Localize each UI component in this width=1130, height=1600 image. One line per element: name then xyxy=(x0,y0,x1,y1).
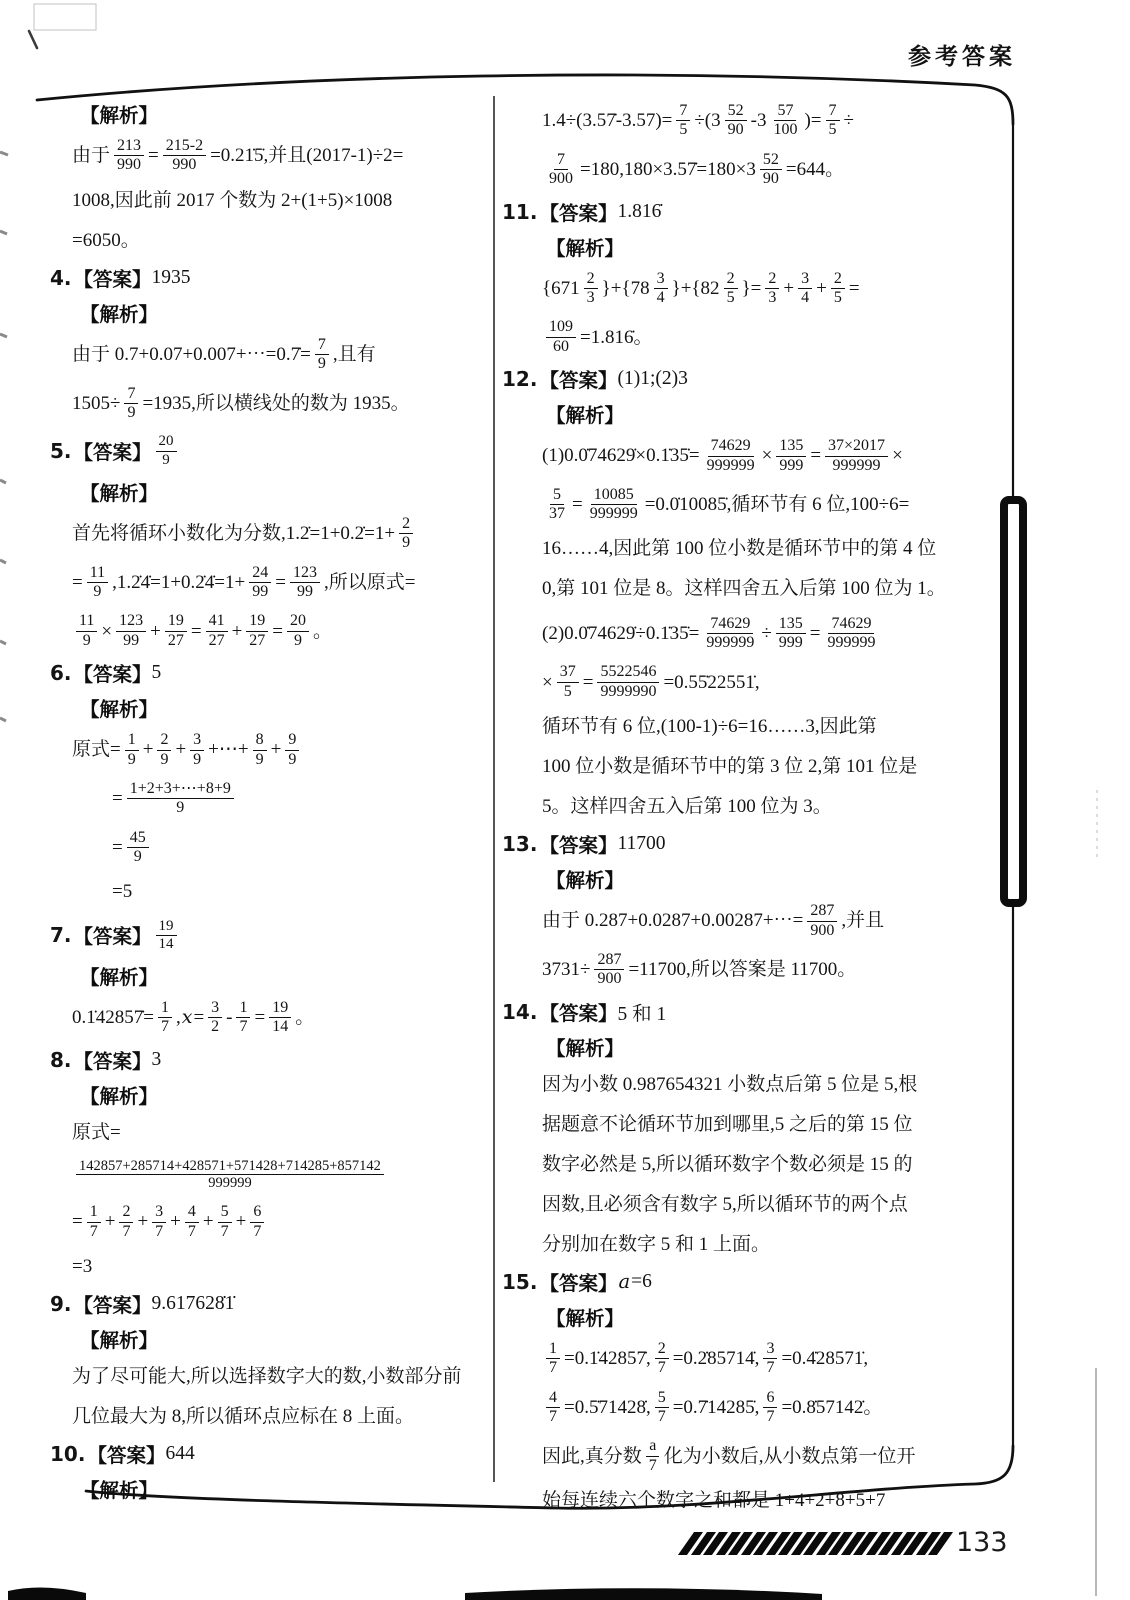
math-text: =1.816̇。 xyxy=(580,323,652,352)
math-text: = xyxy=(583,668,594,697)
answer-label: 【答案】 xyxy=(74,1046,152,1074)
solution-label-row: 【解析】 xyxy=(80,100,486,128)
fraction: 213990 xyxy=(114,137,144,175)
fraction: 209 xyxy=(156,433,177,469)
answer-label: 【答案】 xyxy=(87,1440,165,1468)
answer-label: 【答案】 xyxy=(539,830,617,858)
answer-row: 11.【答案】1.816̇ xyxy=(502,198,998,226)
math-text: × xyxy=(762,441,773,470)
solution-label-row: 【解析】 xyxy=(80,1475,486,1503)
fraction: 2499 xyxy=(249,564,271,602)
math-text: -3 xyxy=(751,106,767,135)
answer-row: 13.【答案】11700 xyxy=(502,830,998,858)
fraction: 34 xyxy=(654,270,668,308)
solution-label: 【解析】 xyxy=(546,404,624,427)
math-text: 由于 xyxy=(72,141,110,170)
fraction: 57 xyxy=(218,1203,232,1241)
math-text: 1008,因此前 2017 个数为 2+(1+5)×1008 xyxy=(72,186,392,215)
math-text: = xyxy=(148,141,159,170)
math-text: 据题意不论循环节加到哪里,5 之后的第 15 位 xyxy=(542,1110,913,1139)
solution-math-line: 据题意不论循环节加到哪里,5 之后的第 15 位 xyxy=(542,1108,998,1141)
fraction: 79 xyxy=(315,336,329,374)
fraction: 5290 xyxy=(725,102,747,140)
solution-label: 【解析】 xyxy=(80,1085,158,1108)
solution-math-line: 循环节有 6 位,(100-1)÷6=16……3,因此第 xyxy=(542,710,998,743)
solution-math-line: 100 位小数是循环节中的第 3 位 2,第 101 位是 xyxy=(542,750,998,783)
solution-label-row: 【解析】 xyxy=(80,694,486,722)
answer-label: 【答案】 xyxy=(74,659,152,687)
solution-math-line: 142857+285714+428571+571428+714285+85714… xyxy=(72,1156,486,1194)
item-number: 6. xyxy=(50,661,72,685)
fraction: 25 xyxy=(831,270,845,308)
math-text: 几位最大为 8,所以循环点应标在 8 上面。 xyxy=(72,1402,414,1431)
fraction: 4127 xyxy=(206,612,228,650)
fraction: 142857+285714+428571+571428+714285+85714… xyxy=(76,1158,384,1192)
answer-row: 6.【答案】5 xyxy=(50,659,486,687)
fraction: 1914 xyxy=(269,999,291,1037)
math-text: (1)1;(2)3 xyxy=(617,368,687,390)
math-text: =0.1̇42857̇, xyxy=(564,1344,651,1373)
math-text: 1.816̇ xyxy=(617,201,661,223)
fraction: 27 xyxy=(119,1203,133,1241)
math-text: = xyxy=(572,490,583,519)
math-text: = xyxy=(810,441,821,470)
solution-label: 【解析】 xyxy=(546,1307,624,1330)
math-text: 原式= xyxy=(72,1118,121,1147)
math-text: =0.0̇10085̇,循环节有 6 位,100÷6= xyxy=(645,490,910,519)
item-number: 9. xyxy=(50,1292,72,1316)
math-text: }+{82 xyxy=(672,274,720,303)
solution-math-line: =17+27+37+47+57+67 xyxy=(72,1201,486,1243)
solution-label-row: 【解析】 xyxy=(546,1033,998,1061)
answer-label: 【答案】 xyxy=(539,998,617,1026)
fraction: 119 xyxy=(87,564,108,602)
math-text: 1.4÷(3.57̇-3.57)= xyxy=(542,106,672,135)
math-text: + xyxy=(170,1207,181,1236)
fraction: 27 xyxy=(655,1340,669,1378)
math-text: × xyxy=(892,441,903,470)
item-number: 13. xyxy=(502,832,537,856)
fraction: a7 xyxy=(646,1437,660,1475)
solution-math-line: 因数,且必须含有数字 5,所以循环节的两个点 xyxy=(542,1188,998,1221)
solution-label-row: 【解析】 xyxy=(80,962,486,990)
fraction: 74629999999 xyxy=(703,615,757,653)
math-text: }= xyxy=(742,274,762,303)
fraction: 25 xyxy=(724,270,738,308)
fraction: 12399 xyxy=(116,612,146,650)
math-text: 由于 0.7+0.07+0.007+⋯=0.7̇= xyxy=(72,340,311,369)
math-text: =0.8̇57142̇。 xyxy=(781,1393,882,1422)
solution-math-line: 16……4,因此第 100 位小数是循环节中的第 4 位 xyxy=(542,533,998,566)
fraction: 119 xyxy=(76,612,97,650)
math-text: =1935,所以横线处的数为 1935。 xyxy=(142,389,409,418)
solution-label: 【解析】 xyxy=(80,966,158,989)
fraction: 57100 xyxy=(770,102,800,140)
item-number: 4. xyxy=(50,266,72,290)
math-variable: x xyxy=(182,1003,193,1032)
solution-math-line: 119×12399+1927=4127+1927=209。 xyxy=(72,610,486,652)
fraction: 5290 xyxy=(760,151,782,189)
math-text: + xyxy=(143,735,154,764)
fraction: 1927 xyxy=(246,612,268,650)
math-text: =0.4̇28571̇, xyxy=(781,1344,868,1373)
scan-mark xyxy=(29,31,37,48)
fraction: 287900 xyxy=(594,951,624,989)
math-text: 5。这样四舍五入后第 100 位为 3。 xyxy=(542,792,832,821)
math-text: ÷ xyxy=(844,106,854,135)
math-text: =5 xyxy=(112,877,132,906)
solution-math-line: 1008,因此前 2017 个数为 2+(1+5)×1008 xyxy=(72,184,486,217)
answer-label: 【答案】 xyxy=(539,365,617,393)
scan-smudge xyxy=(34,4,96,30)
math-text: =0.5̇71428̇, xyxy=(564,1393,651,1422)
solution-label-row: 【解析】 xyxy=(546,400,998,428)
answer-label: 【答案】 xyxy=(74,437,152,465)
fraction: 209 xyxy=(287,612,309,650)
fraction: 17 xyxy=(87,1203,101,1241)
math-text: = xyxy=(112,784,123,813)
answers-column-right: 1.4÷(3.57̇-3.57)=75÷(35290-357100)=75÷79… xyxy=(502,100,998,1524)
math-text: + xyxy=(783,274,794,303)
math-text: =0.7̇14285̇, xyxy=(673,1393,760,1422)
math-text: 3731÷ xyxy=(542,955,590,984)
fraction: 29 xyxy=(399,515,413,553)
fraction: 67 xyxy=(763,1389,777,1427)
math-text: 0.1̇42857̇= xyxy=(72,1003,154,1032)
solution-label-row: 【解析】 xyxy=(546,1303,998,1331)
solution-math-line: 1.4÷(3.57̇-3.57)=75÷(35290-357100)=75÷ xyxy=(542,100,998,142)
math-text: +⋯+ xyxy=(208,735,248,764)
solution-label-row: 【解析】 xyxy=(80,1325,486,1353)
fraction: 135999 xyxy=(776,437,806,475)
math-text: 644 xyxy=(165,1443,194,1465)
math-text: + xyxy=(236,1207,247,1236)
math-text: =0.2̇85714̇, xyxy=(673,1344,760,1373)
math-text: 循环节有 6 位,(100-1)÷6=16……3,因此第 xyxy=(542,712,877,741)
answer-row: 12.【答案】(1)1;(2)3 xyxy=(502,365,998,393)
math-text: {671 xyxy=(542,274,580,303)
answer-row: 15.【答案】a=6 xyxy=(502,1268,998,1296)
solution-math-line: =459 xyxy=(112,827,486,869)
solution-math-line: 0.1̇42857̇=17,x=32-17=1914。 xyxy=(72,997,486,1039)
left-edge-ticks xyxy=(0,152,8,721)
solution-math-line: =6050。 xyxy=(72,224,486,257)
fraction: 39 xyxy=(190,731,204,769)
solution-label-row: 【解析】 xyxy=(80,478,486,506)
solution-math-line: 0,第 101 位是 8。这样四舍五入后第 100 位为 1。 xyxy=(542,573,998,606)
math-text: =180,180×3.57̇=180×3 xyxy=(580,155,756,184)
page-number: 133 xyxy=(956,1527,1008,1558)
math-text: 0,第 101 位是 8。这样四舍五入后第 100 位为 1。 xyxy=(542,574,946,603)
math-text: , xyxy=(176,1003,181,1032)
solution-label: 【解析】 xyxy=(80,698,158,721)
math-text: 11700 xyxy=(617,833,665,855)
math-text: =0.55̇22551̇, xyxy=(663,668,759,697)
solution-math-line: (2)0.0̇74629̇÷0.1̇35̇=74629999999÷135999… xyxy=(542,613,998,655)
solution-math-line: 10960=1.816̇。 xyxy=(542,316,998,358)
solution-math-line: =3 xyxy=(72,1250,486,1283)
math-text: ,1.2̇4̇=1+0.2̇4̇=1+ xyxy=(112,568,245,597)
solution-label: 【解析】 xyxy=(546,237,624,260)
solution-label: 【解析】 xyxy=(80,303,158,326)
solution-label: 【解析】 xyxy=(80,1329,158,1352)
solution-math-line: {67123}+{7834}+{8225}=23+34+25= xyxy=(542,268,998,310)
fraction: 34 xyxy=(798,270,812,308)
fraction: 1914 xyxy=(156,918,177,954)
fraction: 1+2+3+⋯+8+99 xyxy=(127,780,234,818)
item-number: 8. xyxy=(50,1048,72,1072)
math-text: 由于 0.287+0.0287+0.00287+⋯= xyxy=(542,906,803,935)
solution-math-line: 因此,真分数a7化为小数后,从小数点第一位开 xyxy=(542,1435,998,1477)
fraction: 7900 xyxy=(546,151,576,189)
answer-label: 【答案】 xyxy=(539,1268,617,1296)
fraction: 37×2017999999 xyxy=(825,437,888,475)
math-text: 5 xyxy=(152,662,162,684)
math-text: × xyxy=(101,617,112,646)
fraction: 99 xyxy=(285,731,299,769)
math-text: = xyxy=(849,274,860,303)
math-variable: a xyxy=(618,1270,630,1293)
solution-math-line: 由于 0.287+0.0287+0.00287+⋯=287900,并且 xyxy=(542,900,998,942)
math-text: + xyxy=(816,274,827,303)
math-text: =11700,所以答案是 11700。 xyxy=(628,955,856,984)
solution-math-line: 7900=180,180×3.57̇=180×35290=644。 xyxy=(542,149,998,191)
math-text: ÷ xyxy=(761,619,771,648)
answer-label: 【答案】 xyxy=(74,264,152,292)
fraction: 459 xyxy=(127,829,149,867)
math-text: 。 xyxy=(295,1003,314,1032)
solution-math-line: =5 xyxy=(112,876,486,909)
math-text: 分别加在数字 5 和 1 上面。 xyxy=(542,1230,770,1259)
fraction: 67 xyxy=(250,1203,264,1241)
answer-label: 【答案】 xyxy=(74,921,152,949)
footer-decoration-slashes xyxy=(686,1530,949,1556)
solution-math-line: 3731÷287900=11700,所以答案是 11700。 xyxy=(542,949,998,991)
math-text: 首先将循环小数化为分数,1.2̇=1+0.2̇=1+ xyxy=(72,519,395,548)
page-header-title: 参考答案 xyxy=(908,38,1016,71)
math-text: 数字必然是 5,所以循环数字个数必须是 15 的 xyxy=(542,1150,913,1179)
math-text: )= xyxy=(804,106,821,135)
math-text: =6050。 xyxy=(72,226,140,255)
math-text: = xyxy=(112,833,123,862)
item-number: 10. xyxy=(50,1442,85,1466)
solution-math-line: 始每连续六个数字之和都是 1+4+2+8+5+7 xyxy=(542,1484,998,1517)
item-number: 7. xyxy=(50,923,72,947)
math-text: 因为小数 0.987654321 小数点后第 5 位是 5,根 xyxy=(542,1070,917,1099)
math-text: = xyxy=(810,619,821,648)
solution-math-line: 17=0.1̇42857̇,27=0.2̇85714̇,37=0.4̇28571… xyxy=(542,1338,998,1380)
solution-math-line: 分别加在数字 5 和 1 上面。 xyxy=(542,1228,998,1261)
math-text: + xyxy=(137,1207,148,1236)
solution-math-line: 由于213990=215-2990=0.21̇5̇,并且(2017-1)÷2= xyxy=(72,135,486,177)
fraction: 17 xyxy=(158,999,172,1037)
solution-math-line: =1+2+3+⋯+8+99 xyxy=(112,778,486,820)
math-text: 1935 xyxy=(152,267,191,289)
solution-math-line: 数字必然是 5,所以循环数字个数必须是 15 的 xyxy=(542,1148,998,1181)
math-text: 3 xyxy=(152,1049,162,1071)
math-text: =3 xyxy=(72,1252,92,1281)
math-text: = xyxy=(193,1003,204,1032)
solution-label: 【解析】 xyxy=(546,869,624,892)
math-text: 原式= xyxy=(72,735,121,764)
math-text: = xyxy=(272,617,283,646)
math-text: + xyxy=(271,735,282,764)
solution-label: 【解析】 xyxy=(80,104,158,127)
answer-label: 【答案】 xyxy=(539,198,617,226)
math-text: =6 xyxy=(631,1271,652,1293)
fraction: 37 xyxy=(152,1203,166,1241)
math-text: + xyxy=(175,735,186,764)
fraction: 287900 xyxy=(807,902,837,940)
math-text: + xyxy=(150,617,161,646)
solution-math-line: 因为小数 0.987654321 小数点后第 5 位是 5,根 xyxy=(542,1068,998,1101)
math-text: 1505÷ xyxy=(72,389,120,418)
item-number: 12. xyxy=(502,367,537,391)
solution-label: 【解析】 xyxy=(80,1479,158,1502)
fraction: 74629999999 xyxy=(704,437,758,475)
answer-row: 5.【答案】209 xyxy=(50,431,486,471)
solution-label: 【解析】 xyxy=(546,1037,624,1060)
item-number: 15. xyxy=(502,1270,537,1294)
fraction: 75 xyxy=(676,102,690,140)
math-text: =0.21̇5̇,并且(2017-1)÷2= xyxy=(210,141,403,170)
fraction: 23 xyxy=(584,270,598,308)
answer-row: 8.【答案】3 xyxy=(50,1046,486,1074)
math-text: 始每连续六个数字之和都是 1+4+2+8+5+7 xyxy=(542,1486,885,1515)
math-text: = xyxy=(72,1207,83,1236)
math-text: + xyxy=(203,1207,214,1236)
fraction: 19 xyxy=(125,731,139,769)
math-text: ÷(3 xyxy=(694,106,720,135)
item-number: 5. xyxy=(50,439,72,463)
math-text: 化为小数后,从小数点第一位开 xyxy=(664,1442,916,1471)
fraction: 47 xyxy=(546,1389,560,1427)
math-text: ,并且 xyxy=(841,906,884,935)
math-text: = xyxy=(72,568,83,597)
math-text: = xyxy=(191,617,202,646)
fraction: 537 xyxy=(546,486,568,524)
math-text: =644。 xyxy=(786,155,844,184)
math-text: 100 位小数是循环节中的第 3 位 2,第 101 位是 xyxy=(542,752,917,781)
fraction: 79 xyxy=(124,385,138,423)
solution-label: 【解析】 xyxy=(80,482,158,505)
answer-row: 9.【答案】9.617628̇1̇ xyxy=(50,1290,486,1318)
chapter-side-tab xyxy=(1000,496,1027,907)
scan-shadow-blob xyxy=(465,1588,822,1600)
math-text: × xyxy=(542,668,553,697)
math-text: 。 xyxy=(313,617,332,646)
fraction: 215-2990 xyxy=(163,137,206,175)
scan-shadow-blob xyxy=(8,1587,86,1600)
solution-label-row: 【解析】 xyxy=(80,299,486,327)
solution-math-line: 537=10085999999=0.0̇10085̇,循环节有 6 位,100÷… xyxy=(542,484,998,526)
answers-column-left: 【解析】由于213990=215-2990=0.21̇5̇,并且(2017-1)… xyxy=(50,100,486,1510)
solution-math-line: 几位最大为 8,所以循环点应标在 8 上面。 xyxy=(72,1400,486,1433)
fraction: 135999 xyxy=(776,615,806,653)
fraction: 32 xyxy=(208,999,222,1037)
math-text: }+{78 xyxy=(602,274,650,303)
solution-label-row: 【解析】 xyxy=(546,233,998,261)
answer-row: 7.【答案】1914 xyxy=(50,916,486,956)
fraction: 10960 xyxy=(546,318,576,356)
fraction: 75 xyxy=(826,102,840,140)
fraction: 375 xyxy=(557,663,579,701)
math-text: = xyxy=(275,568,286,597)
solution-math-line: 为了尽可能大,所以选择数字大的数,小数部分前 xyxy=(72,1360,486,1393)
fraction: 37 xyxy=(763,1340,777,1378)
fraction: 17 xyxy=(546,1340,560,1378)
math-text: 9.617628̇1̇ xyxy=(152,1293,235,1315)
solution-math-line: 原式= xyxy=(72,1116,486,1149)
math-text: 为了尽可能大,所以选择数字大的数,小数部分前 xyxy=(72,1362,462,1391)
math-text: 因数,且必须含有数字 5,所以循环节的两个点 xyxy=(542,1190,908,1219)
solution-label-row: 【解析】 xyxy=(546,865,998,893)
math-text: ,且有 xyxy=(333,340,376,369)
math-text: 因此,真分数 xyxy=(542,1442,642,1471)
solution-math-line: =119,1.2̇4̇=1+0.2̇4̇=1+2499=12399,所以原式= xyxy=(72,562,486,604)
answer-row: 10.【答案】644 xyxy=(50,1440,486,1468)
math-text: (1)0.0̇74629̇×0.1̇35̇= xyxy=(542,441,700,470)
solution-math-line: 原式=19+29+39+⋯+89+99 xyxy=(72,729,486,771)
fraction: 29 xyxy=(157,731,171,769)
math-text: ,所以原式= xyxy=(324,568,415,597)
fraction: 10085999999 xyxy=(587,486,641,524)
fraction: 57 xyxy=(655,1389,669,1427)
math-text: - xyxy=(226,1003,232,1032)
answer-row: 4.【答案】1935 xyxy=(50,264,486,292)
math-text: 5 和 1 xyxy=(617,998,666,1026)
answer-label: 【答案】 xyxy=(74,1290,152,1318)
fraction: 17 xyxy=(236,999,250,1037)
solution-math-line: ×375=55225469999990=0.55̇22551̇, xyxy=(542,661,998,703)
fraction: 74629999999 xyxy=(824,615,878,653)
solution-math-line: 由于 0.7+0.07+0.007+⋯=0.7̇=79,且有 xyxy=(72,334,486,376)
solution-math-line: 首先将循环小数化为分数,1.2̇=1+0.2̇=1+29 xyxy=(72,513,486,555)
math-text: (2)0.0̇74629̇÷0.1̇35̇= xyxy=(542,619,699,648)
solution-math-line: (1)0.0̇74629̇×0.1̇35̇=74629999999×135999… xyxy=(542,435,998,477)
fraction: 12399 xyxy=(290,564,320,602)
solution-math-line: 1505÷79=1935,所以横线处的数为 1935。 xyxy=(72,383,486,425)
fraction: 55225469999990 xyxy=(597,663,659,701)
solution-math-line: 5。这样四舍五入后第 100 位为 3。 xyxy=(542,790,998,823)
scanned-answer-page: 参考答案 【解析】由于213990=215-2990=0.21̇5̇,并且(20… xyxy=(0,0,1130,1600)
math-text: = xyxy=(254,1003,265,1032)
solution-label-row: 【解析】 xyxy=(80,1081,486,1109)
fraction: 1927 xyxy=(165,612,187,650)
fraction: 47 xyxy=(185,1203,199,1241)
math-text: + xyxy=(232,617,243,646)
fraction: 23 xyxy=(765,270,779,308)
solution-math-line: 47=0.5̇71428̇,57=0.7̇14285̇,67=0.8̇57142… xyxy=(542,1387,998,1429)
math-text: + xyxy=(105,1207,116,1236)
math-text: 16……4,因此第 100 位小数是循环节中的第 4 位 xyxy=(542,534,936,563)
item-number: 14. xyxy=(502,1000,537,1024)
answer-row: 14.【答案】5 和 1 xyxy=(502,998,998,1026)
item-number: 11. xyxy=(502,200,537,224)
fraction: 89 xyxy=(253,731,267,769)
